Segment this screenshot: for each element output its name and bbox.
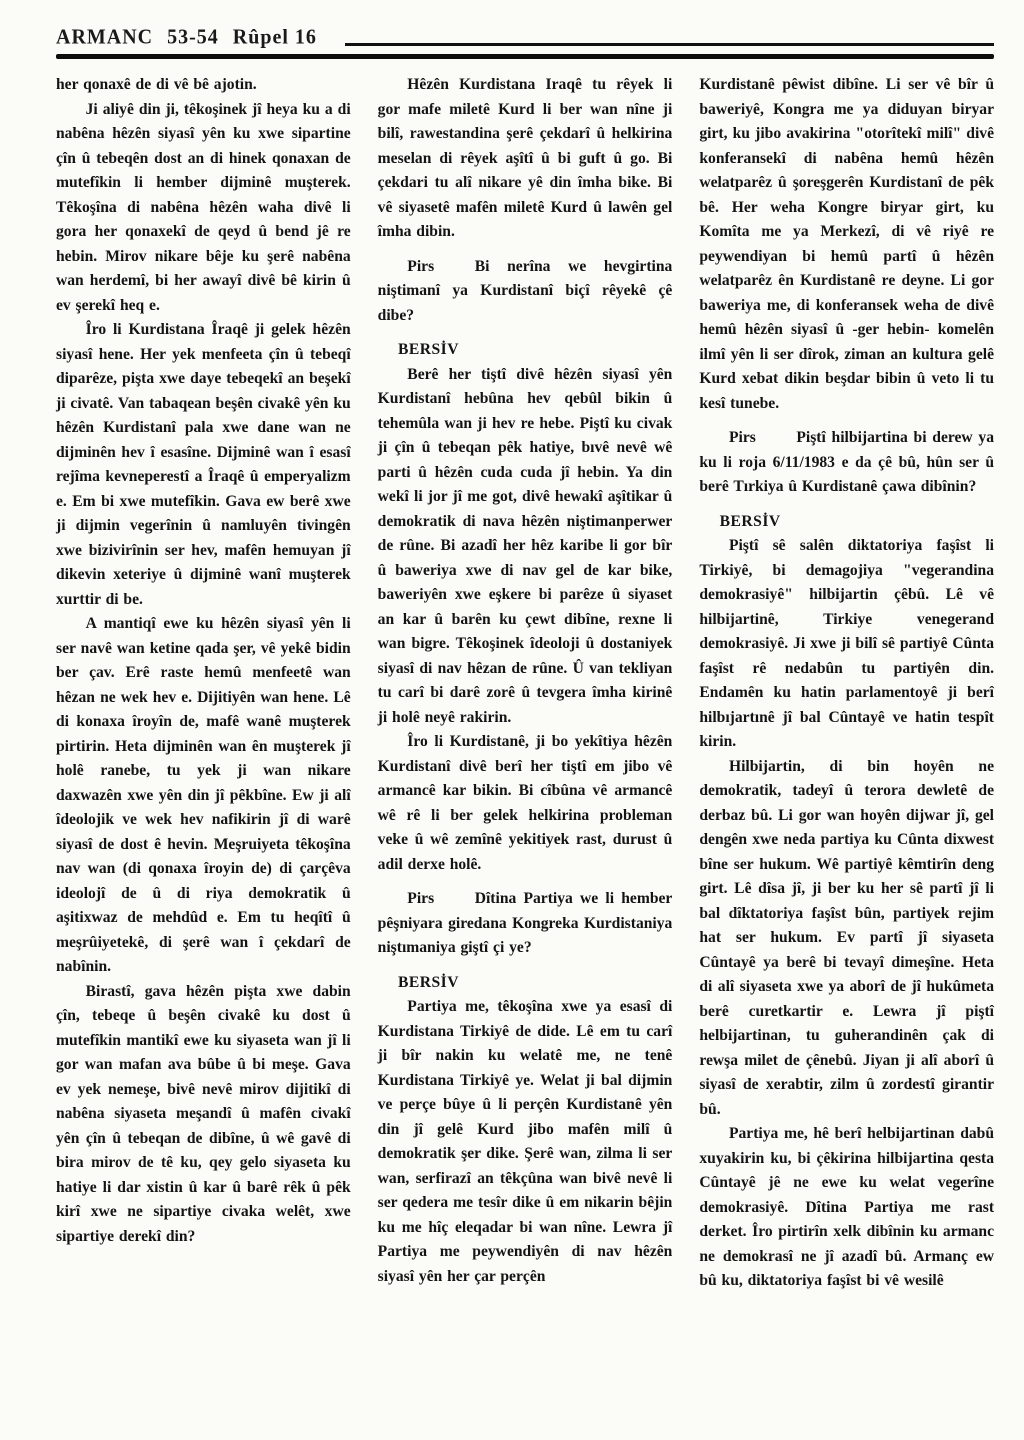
issue-number: 53-54: [167, 25, 219, 48]
body-paragraph: Hêzên Kurdistana Iraqê tu rêyek li gor m…: [378, 73, 673, 245]
body-paragraph: Îro li Kurdistana Îraqê ji gelek hêzên s…: [56, 318, 351, 612]
article-columns: her qonaxê de di vê bê ajotin.Ji aliyê d…: [56, 73, 994, 1294]
body-paragraph: Partiya me, hê berî helbijartinan dabû x…: [699, 1122, 994, 1294]
body-paragraph: Partiya me, têkoşîna xwe ya esasî di Kur…: [378, 995, 673, 1289]
header-thin-rule: [345, 43, 994, 46]
body-paragraph: Piştî sê salên diktatoriya faşîst li Tir…: [699, 534, 994, 755]
body-paragraph: Kurdistanê pêwist dibîne. Li ser vê bîr …: [699, 73, 994, 416]
question-label: Pirs: [729, 429, 756, 446]
question-paragraph: PirsPiştî hilbijartina bi derew ya ku li…: [699, 426, 994, 500]
body-paragraph: Berê her tiştî divê hêzên siyasî yên Kur…: [378, 363, 673, 731]
column-3: Kurdistanê pêwist dibîne. Li ser vê bîr …: [699, 73, 994, 1294]
masthead-text: ARMANC53-54Rûpel 16: [56, 25, 331, 49]
question-label: Pirs: [407, 258, 434, 275]
question-paragraph: PirsDîtina Partiya we li hember pêşniyar…: [378, 887, 673, 961]
page-header: ARMANC53-54Rûpel 16: [56, 26, 994, 49]
journal-title: ARMANC: [56, 25, 153, 48]
header-thick-rule: [56, 54, 994, 59]
newspaper-page: ARMANC53-54Rûpel 16 her qonaxê de di vê …: [0, 0, 1024, 1440]
page-number-label: Rûpel 16: [233, 25, 317, 48]
body-paragraph: A mantiqî ewe ku hêzên siyasî yên li ser…: [56, 612, 351, 980]
answer-heading: BERSİV: [378, 971, 673, 996]
body-paragraph: her qonaxê de di vê bê ajotin.: [56, 73, 351, 98]
body-paragraph: Hilbijartin, di bin hoyên ne demokratik,…: [699, 755, 994, 1123]
body-paragraph: Îro li Kurdistanê, ji bo yekîtiya hêzên …: [378, 730, 673, 877]
body-paragraph: Birastî, gava hêzên pişta xwe dabin çîn,…: [56, 980, 351, 1250]
answer-heading: BERSİV: [699, 510, 994, 535]
question-label: Pirs: [407, 890, 434, 907]
column-2: Hêzên Kurdistana Iraqê tu rêyek li gor m…: [378, 73, 673, 1294]
answer-heading: BERSİV: [378, 338, 673, 363]
body-paragraph: Ji aliyê din ji, têkoşinek jî heya ku a …: [56, 98, 351, 319]
column-1: her qonaxê de di vê bê ajotin.Ji aliyê d…: [56, 73, 351, 1294]
question-paragraph: PirsBi nerîna we hevgirtina niştimanî ya…: [378, 255, 673, 329]
